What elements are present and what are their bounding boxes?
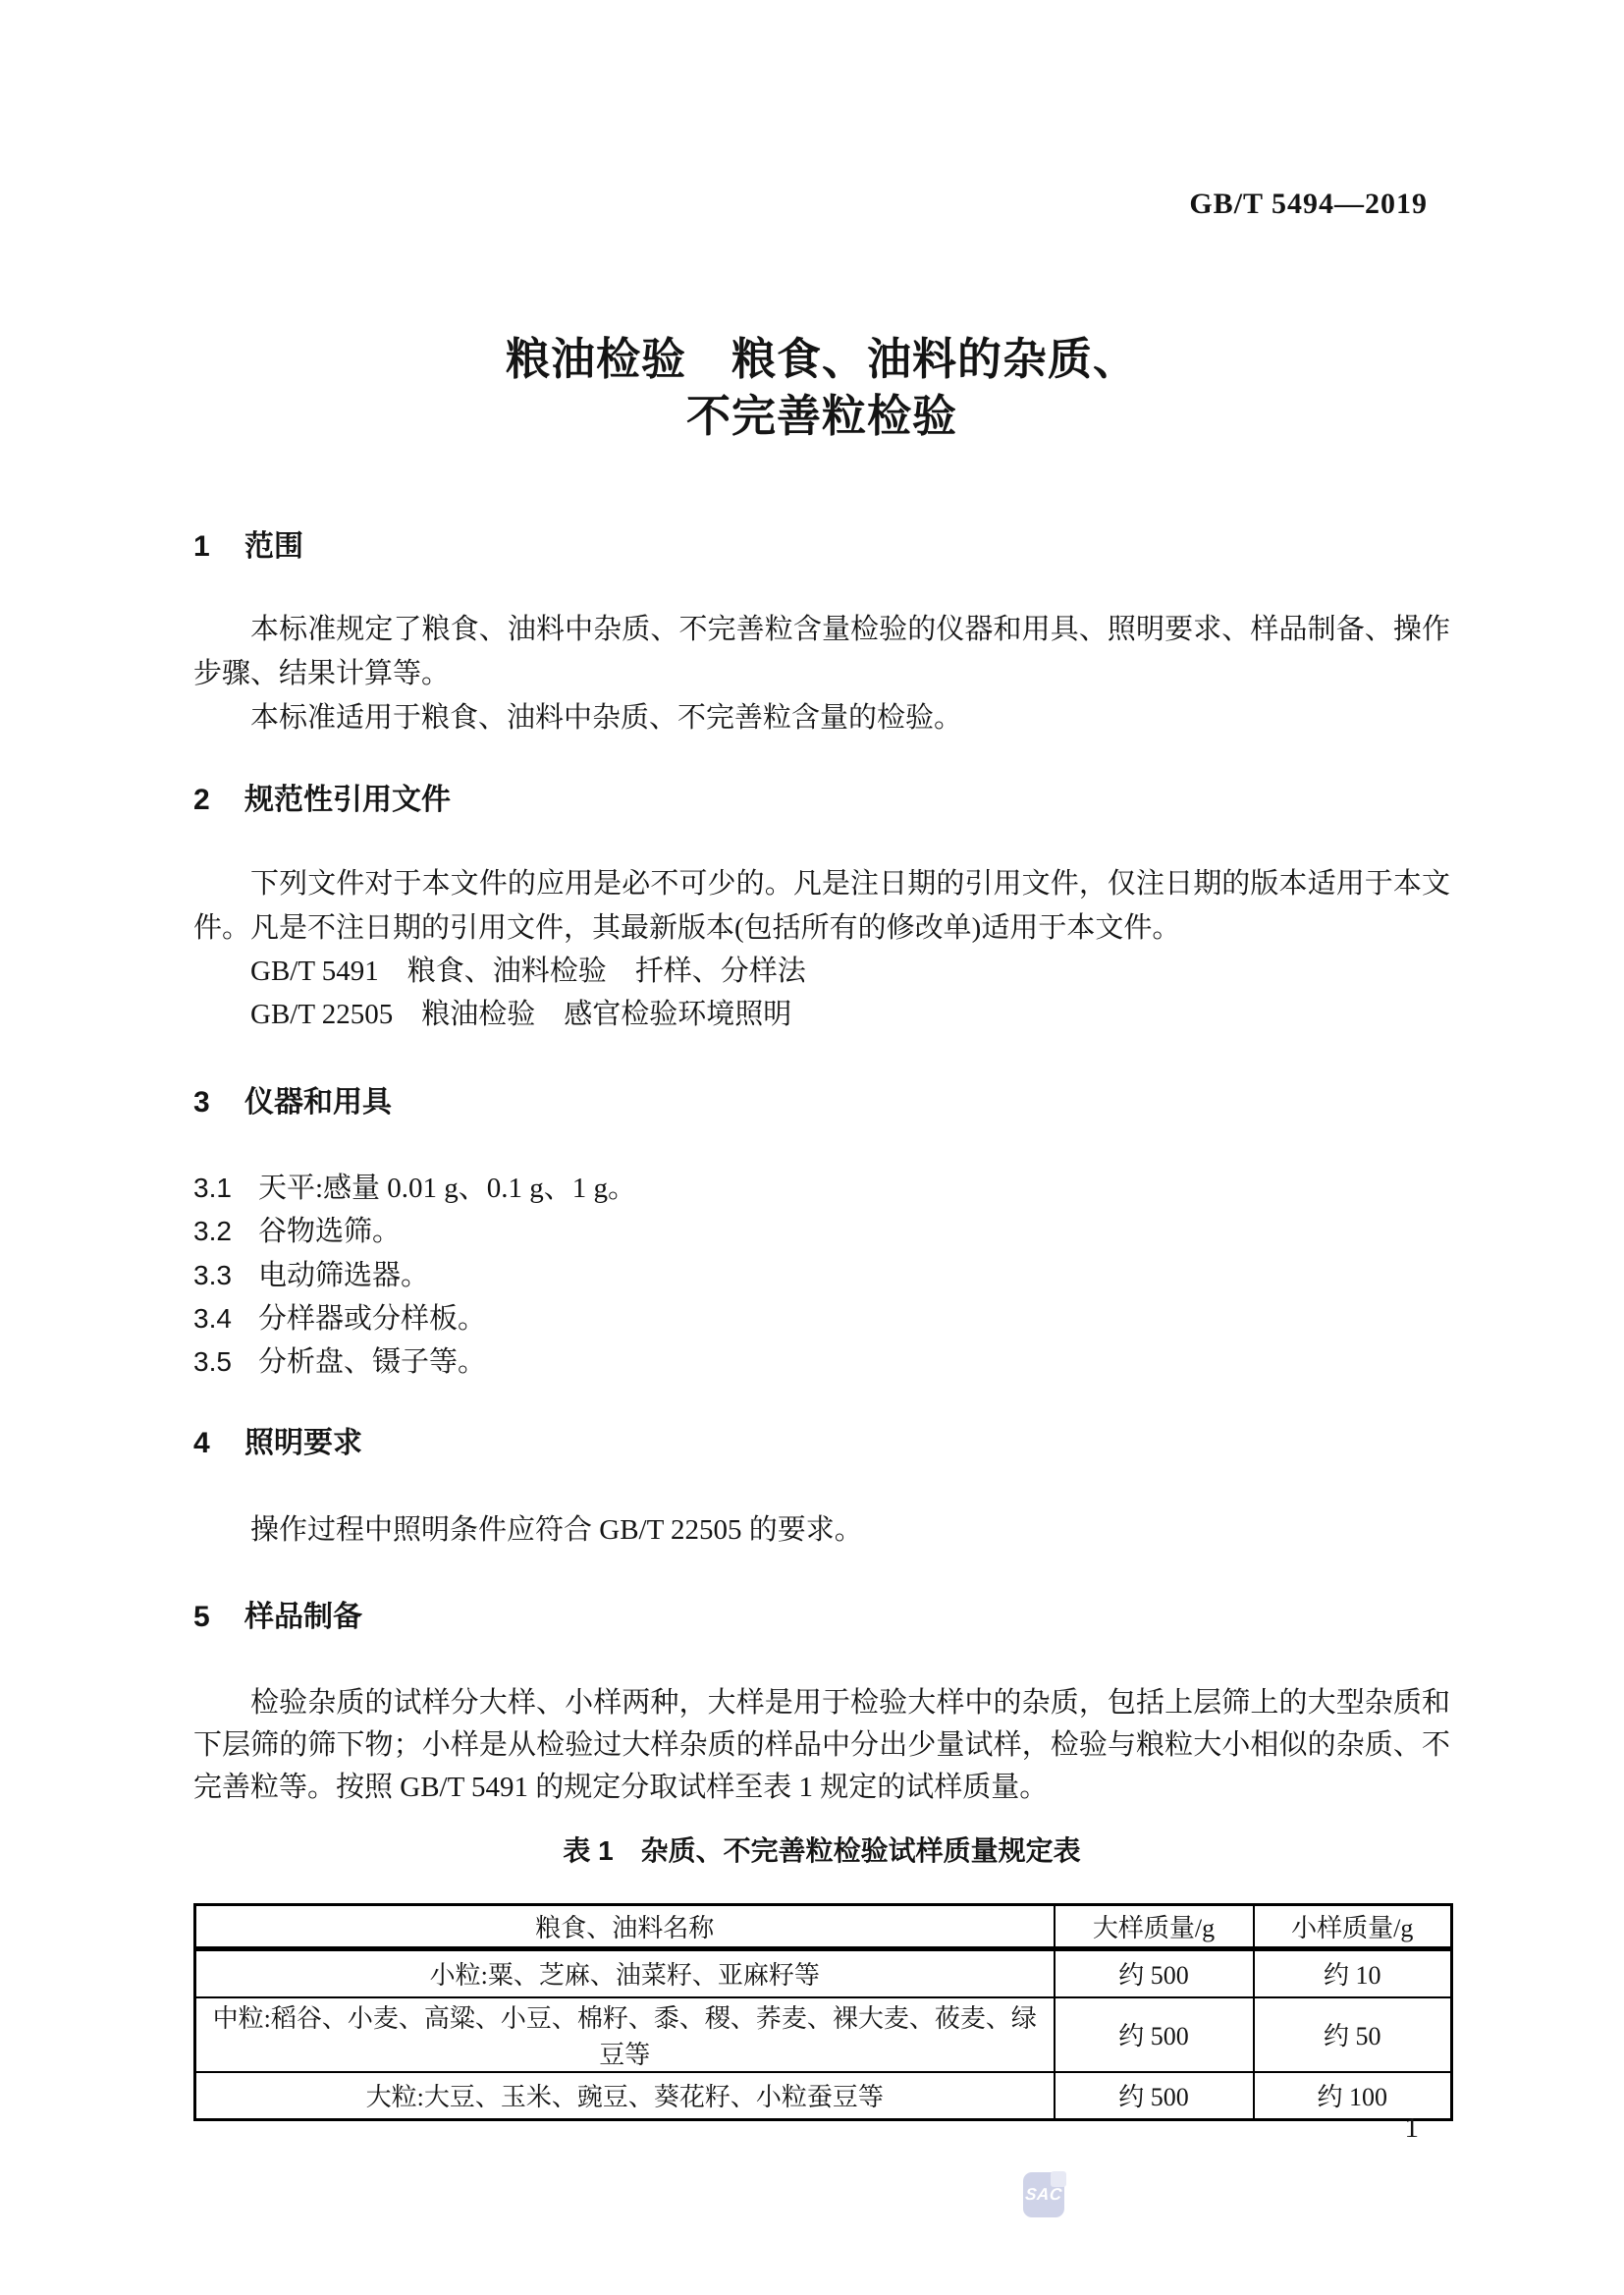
title-line-2: 不完善粒检验 [193,388,1450,445]
cell-small-grain-large-mass: 约 500 [1055,1949,1254,1997]
document-page: GB/T 5494—2019 粮油检验 粮食、油料的杂质、 不完善粒检验 1范围… [0,0,1624,2295]
section-2-number: 2 [193,779,244,822]
section-4-paragraph-1: 操作过程中照明条件应符合 GB/T 22505 的要求。 [193,1508,1450,1553]
section-5-paragraph-1: 检验杂质的试样分大样、小样两种，大样是用于检验大样中的杂质，包括上层筛上的大型杂… [193,1682,1450,1809]
table-header-row: 粮食、油料名称 大样质量/g 小样质量/g [195,1905,1452,1949]
section-2-title: 规范性引用文件 [244,784,451,816]
item-3-1-text: 天平:感量 0.01 g、0.1 g、1 g。 [258,1173,636,1204]
section-2-paragraph-1: 下列文件对于本文件的应用是必不可少的。凡是注日期的引用文件，仅注日期的版本适用于… [193,862,1450,951]
sac-logo-text: SAC [1022,2185,1065,2205]
cell-large-grain-large-mass: 约 500 [1055,2072,1254,2120]
table-row: 中粒:稻谷、小麦、高粱、小豆、棉籽、黍、稷、荞麦、裸大麦、莜麦、绿豆等 约 50… [195,1997,1452,2072]
cell-large-grain-name: 大粒:大豆、玉米、豌豆、葵花籽、小粒蚕豆等 [195,2072,1055,2120]
reference-gbt22505: GB/T 22505 粮油检验 感官检验环境照明 [193,994,1450,1037]
item-3-2-text: 谷物选筛。 [258,1216,401,1247]
cell-medium-grain-large-mass: 约 500 [1055,1997,1254,2072]
item-3-1-number: 3.1 [193,1167,258,1209]
list-item: 3.3电动筛选器。 [193,1254,1450,1297]
item-3-4-number: 3.4 [193,1297,258,1339]
item-3-5-text: 分析盘、镊子等。 [258,1346,486,1378]
item-3-5-number: 3.5 [193,1340,258,1383]
document-title: 粮油检验 粮食、油料的杂质、 不完善粒检验 [193,331,1450,445]
list-item: 3.4分样器或分样板。 [193,1297,1450,1340]
item-3-3-number: 3.3 [193,1254,258,1296]
section-5-number: 5 [193,1596,244,1639]
reference-gbt5491: GB/T 5491 粮食、油料检验 扦样、分样法 [193,951,1450,994]
page-number: 1 [1405,2106,1420,2150]
section-5-heading: 5样品制备 [193,1596,1450,1639]
section-1-paragraph-2: 本标准适用于粮食、油料中杂质、不完善粒含量的检验。 [193,696,1450,740]
apparatus-list: 3.1天平:感量 0.01 g、0.1 g、1 g。 3.2谷物选筛。 3.3电… [193,1167,1450,1384]
section-3-heading: 3仪器和用具 [193,1081,1450,1124]
section-2-heading: 2规范性引用文件 [193,779,1450,822]
table-1: 粮食、油料名称 大样质量/g 小样质量/g 小粒:粟、芝麻、油菜籽、亚麻籽等 约… [193,1903,1453,2121]
normative-references: GB/T 5491 粮食、油料检验 扦样、分样法 GB/T 22505 粮油检验… [193,951,1450,1036]
section-4-title: 照明要求 [244,1427,362,1459]
cell-medium-grain-name: 中粒:稻谷、小麦、高粱、小豆、棉籽、黍、稷、荞麦、裸大麦、莜麦、绿豆等 [195,1997,1055,2072]
section-3-number: 3 [193,1081,244,1124]
table-row: 小粒:粟、芝麻、油菜籽、亚麻籽等 约 500 约 10 [195,1949,1452,1997]
item-3-4-text: 分样器或分样板。 [258,1303,486,1335]
cell-medium-grain-small-mass: 约 50 [1254,1997,1452,2072]
list-item: 3.1天平:感量 0.01 g、0.1 g、1 g。 [193,1167,1450,1210]
column-header-small-sample-mass: 小样质量/g [1254,1905,1452,1949]
section-1-title: 范围 [244,530,303,563]
column-header-grain-name: 粮食、油料名称 [195,1905,1055,1949]
list-item: 3.5分析盘、镊子等。 [193,1340,1450,1384]
section-1-number: 1 [193,525,244,569]
table-1-caption: 表 1 杂质、不完善粒检验试样质量规定表 [193,1830,1450,1873]
title-line-1: 粮油检验 粮食、油料的杂质、 [193,331,1450,388]
item-3-3-text: 电动筛选器。 [258,1260,429,1291]
standard-code: GB/T 5494—2019 [1189,188,1428,221]
cell-small-grain-small-mass: 约 10 [1254,1949,1452,1997]
section-4-number: 4 [193,1422,244,1465]
list-item: 3.2谷物选筛。 [193,1210,1450,1253]
item-3-2-number: 3.2 [193,1210,258,1252]
section-1-heading: 1范围 [193,525,1450,569]
column-header-large-sample-mass: 大样质量/g [1055,1905,1254,1949]
section-1-paragraph-1: 本标准规定了粮食、油料中杂质、不完善粒含量检验的仪器和用具、照明要求、样品制备、… [193,608,1450,696]
sac-watermark-logo: SAC [1023,2172,1064,2217]
cell-small-grain-name: 小粒:粟、芝麻、油菜籽、亚麻籽等 [195,1949,1055,1997]
section-5-title: 样品制备 [244,1601,362,1633]
cell-large-grain-small-mass: 约 100 [1254,2072,1452,2120]
section-4-heading: 4照明要求 [193,1422,1450,1465]
section-3-title: 仪器和用具 [244,1086,392,1119]
table-row: 大粒:大豆、玉米、豌豆、葵花籽、小粒蚕豆等 约 500 约 100 [195,2072,1452,2120]
